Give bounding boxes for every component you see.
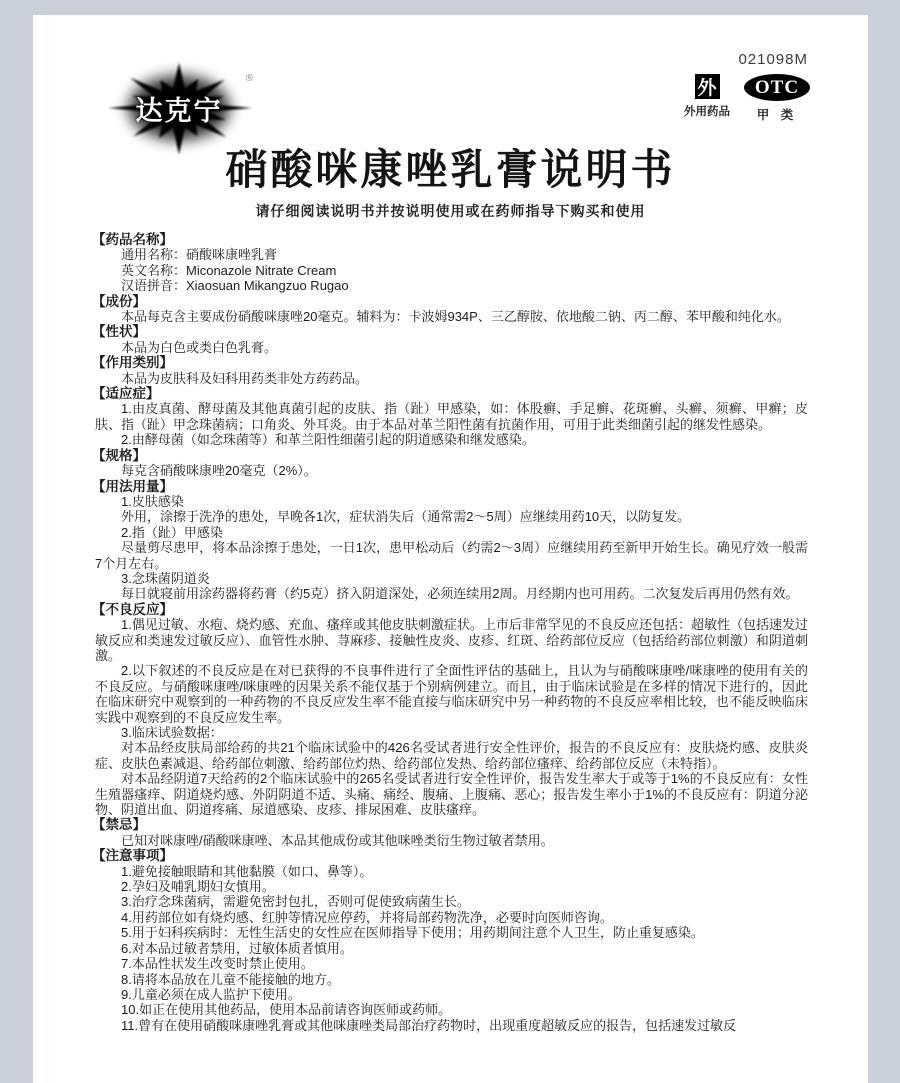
screenshot-canvas: 达克宁 ® 021098M 外 外用药品 OTC 甲 类 硝酸咪康唑乳膏说明书 … <box>0 0 900 1083</box>
section-paragraph: 尽量剪尽患甲，将本品涂擦于患处，一日1次，患甲松动后（约需2～3周）应继续用药至… <box>95 540 808 571</box>
section-paragraph: 9.儿童必须在成人监护下使用。 <box>95 987 808 1002</box>
leaflet-page: 达克宁 ® 021098M 外 外用药品 OTC 甲 类 硝酸咪康唑乳膏说明书 … <box>33 15 868 1083</box>
section-title: 【药品名称】 <box>92 232 808 247</box>
section-title: 【成份】 <box>92 294 808 309</box>
external-use-badge: 外 <box>695 74 720 99</box>
section-paragraph: 本品为皮肤科及妇科用药类非处方药药品。 <box>95 371 808 386</box>
section-paragraph: 6.对本品过敏者禁用，过敏体质者慎用。 <box>95 941 808 956</box>
leaflet-section: 【不良反应】1.偶见过敏、水疱、烧灼感、充血、瘙痒或其他皮肤刺激症状。上市后非常… <box>95 602 808 818</box>
section-paragraph: 2.以下叙述的不良反应是在对已获得的不良事件进行了全面性评估的基础上，且认为与硝… <box>95 663 808 725</box>
section-paragraph: 1.由皮真菌、酵母菌及其他真菌引起的皮肤、指（趾）甲感染，如：体股癣、手足癣、花… <box>95 401 808 432</box>
section-paragraph: 本品为白色或类白色乳膏。 <box>95 340 808 355</box>
section-title: 【注意事项】 <box>92 848 808 863</box>
leaflet-section: 【成份】本品每克含主要成份硝酸咪康唑20毫克。辅料为：卡波姆934P、三乙醇胺、… <box>95 294 808 325</box>
section-paragraph: 已知对咪康唑/硝酸咪康唑、本品其他成份或其他咪唑类衍生物过敏者禁用。 <box>95 833 808 848</box>
section-title: 【用法用量】 <box>92 479 808 494</box>
leaflet-section: 【作用类别】本品为皮肤科及妇科用药类非处方药药品。 <box>95 355 808 386</box>
external-use-label: 外用药品 <box>684 103 730 119</box>
section-paragraph: 对本品经阴道7天给药的2个临床试验中的265名受试者进行安全性评价，报告发生率大… <box>95 771 808 817</box>
section-title: 【适应症】 <box>92 386 808 401</box>
section-paragraph: 每克含硝酸咪康唑20毫克（2%）。 <box>95 463 808 478</box>
sections-container: 【药品名称】通用名称：硝酸咪康唑乳膏英文名称：Miconazole Nitrat… <box>95 232 808 1033</box>
badge-row: 外 外用药品 OTC 甲 类 <box>684 74 810 123</box>
section-title: 【不良反应】 <box>92 602 808 617</box>
external-use-column: 外 外用药品 <box>684 74 730 119</box>
section-paragraph: 1.皮肤感染 <box>95 494 808 509</box>
section-paragraph: 3.念珠菌阴道炎 <box>95 571 808 586</box>
section-paragraph: 2.指（趾）甲感染 <box>95 525 808 540</box>
leaflet-section: 【禁忌】已知对咪康唑/硝酸咪康唑、本品其他成份或其他咪唑类衍生物过敏者禁用。 <box>95 817 808 848</box>
leaflet-section: 【规格】每克含硝酸咪康唑20毫克（2%）。 <box>95 448 808 479</box>
batch-code: 021098M <box>684 51 808 68</box>
document-subtitle: 请仔细阅读说明书并按说明使用或在药师指导下购买和使用 <box>33 201 868 221</box>
section-paragraph: 5.用于妇科疾病时：无性生活史的女性应在医师指导下使用；用药期间注意个人卫生，防… <box>95 925 808 940</box>
section-paragraph: 每日就寝前用涂药器将药膏（约5克）挤入阴道深处，必须连续用2周。月经期内也可用药… <box>95 586 808 601</box>
section-paragraph: 3.治疗念珠菌病，需避免密封包扎，否则可促使致病菌生长。 <box>95 894 808 909</box>
section-paragraph: 本品每克含主要成份硝酸咪康唑20毫克。辅料为：卡波姆934P、三乙醇胺、依地酸二… <box>95 309 808 324</box>
section-paragraph: 通用名称：硝酸咪康唑乳膏 <box>95 247 808 262</box>
registered-trademark-icon: ® <box>246 73 253 84</box>
otc-column: OTC 甲 类 <box>744 74 810 123</box>
section-paragraph: 英文名称：Miconazole Nitrate Cream <box>95 263 808 278</box>
section-title: 【规格】 <box>92 448 808 463</box>
section-paragraph: 3.临床试验数据： <box>95 725 808 740</box>
section-title: 【作用类别】 <box>92 355 808 370</box>
section-paragraph: 1.偶见过敏、水疱、烧灼感、充血、瘙痒或其他皮肤刺激症状。上市后非常罕见的不良反… <box>95 617 808 663</box>
section-paragraph: 7.本品性状发生改变时禁止使用。 <box>95 956 808 971</box>
section-paragraph: 4.用药部位如有烧灼感、红肿等情况应停药，并将局部药物洗净，必要时向医师咨询。 <box>95 910 808 925</box>
leaflet-section: 【注意事项】1.避免接触眼睛和其他黏膜（如口、鼻等）。2.孕妇及哺乳期妇女慎用。… <box>95 848 808 1033</box>
section-paragraph: 10.如正在使用其他药品，使用本品前请咨询医师或药师。 <box>95 1002 808 1017</box>
section-paragraph: 1.避免接触眼睛和其他黏膜（如口、鼻等）。 <box>95 864 808 879</box>
section-paragraph: 外用，涂擦于洗净的患处，早晚各1次，症状消失后（通常需2～5周）应继续用药10天… <box>95 509 808 524</box>
leaflet-section: 【性状】本品为白色或类白色乳膏。 <box>95 324 808 355</box>
leaflet-section: 【药品名称】通用名称：硝酸咪康唑乳膏英文名称：Miconazole Nitrat… <box>95 232 808 294</box>
approval-block: 021098M 外 外用药品 OTC 甲 类 <box>684 51 810 123</box>
brand-name: 达克宁 <box>136 89 223 128</box>
section-paragraph: 汉语拼音：Xiaosuan Mikangzuo Rugao <box>95 278 808 293</box>
section-paragraph: 8.请将本品放在儿童不能接触的地方。 <box>95 972 808 987</box>
section-paragraph: 2.由酵母菌（如念珠菌等）和革兰阳性细菌引起的阴道感染和继发感染。 <box>95 432 808 447</box>
leaflet-section: 【适应症】1.由皮真菌、酵母菌及其他真菌引起的皮肤、指（趾）甲感染，如：体股癣、… <box>95 386 808 448</box>
otc-class-label: 甲 类 <box>757 105 797 123</box>
brand-logo: 达克宁 ® <box>103 59 255 161</box>
section-paragraph: 11.曾有在使用硝酸咪康唑乳膏或其他咪康唑类局部治疗药物时，出现重度超敏反应的报… <box>95 1018 808 1033</box>
section-paragraph: 对本品经皮肤局部给药的共21个临床试验中的426名受试者进行安全性评价，报告的不… <box>95 740 808 771</box>
section-title: 【禁忌】 <box>92 817 808 832</box>
otc-badge: OTC <box>744 74 810 101</box>
leaflet-section: 【用法用量】1.皮肤感染外用，涂擦于洗净的患处，早晚各1次，症状消失后（通常需2… <box>95 479 808 602</box>
section-paragraph: 2.孕妇及哺乳期妇女慎用。 <box>95 879 808 894</box>
section-title: 【性状】 <box>92 324 808 339</box>
